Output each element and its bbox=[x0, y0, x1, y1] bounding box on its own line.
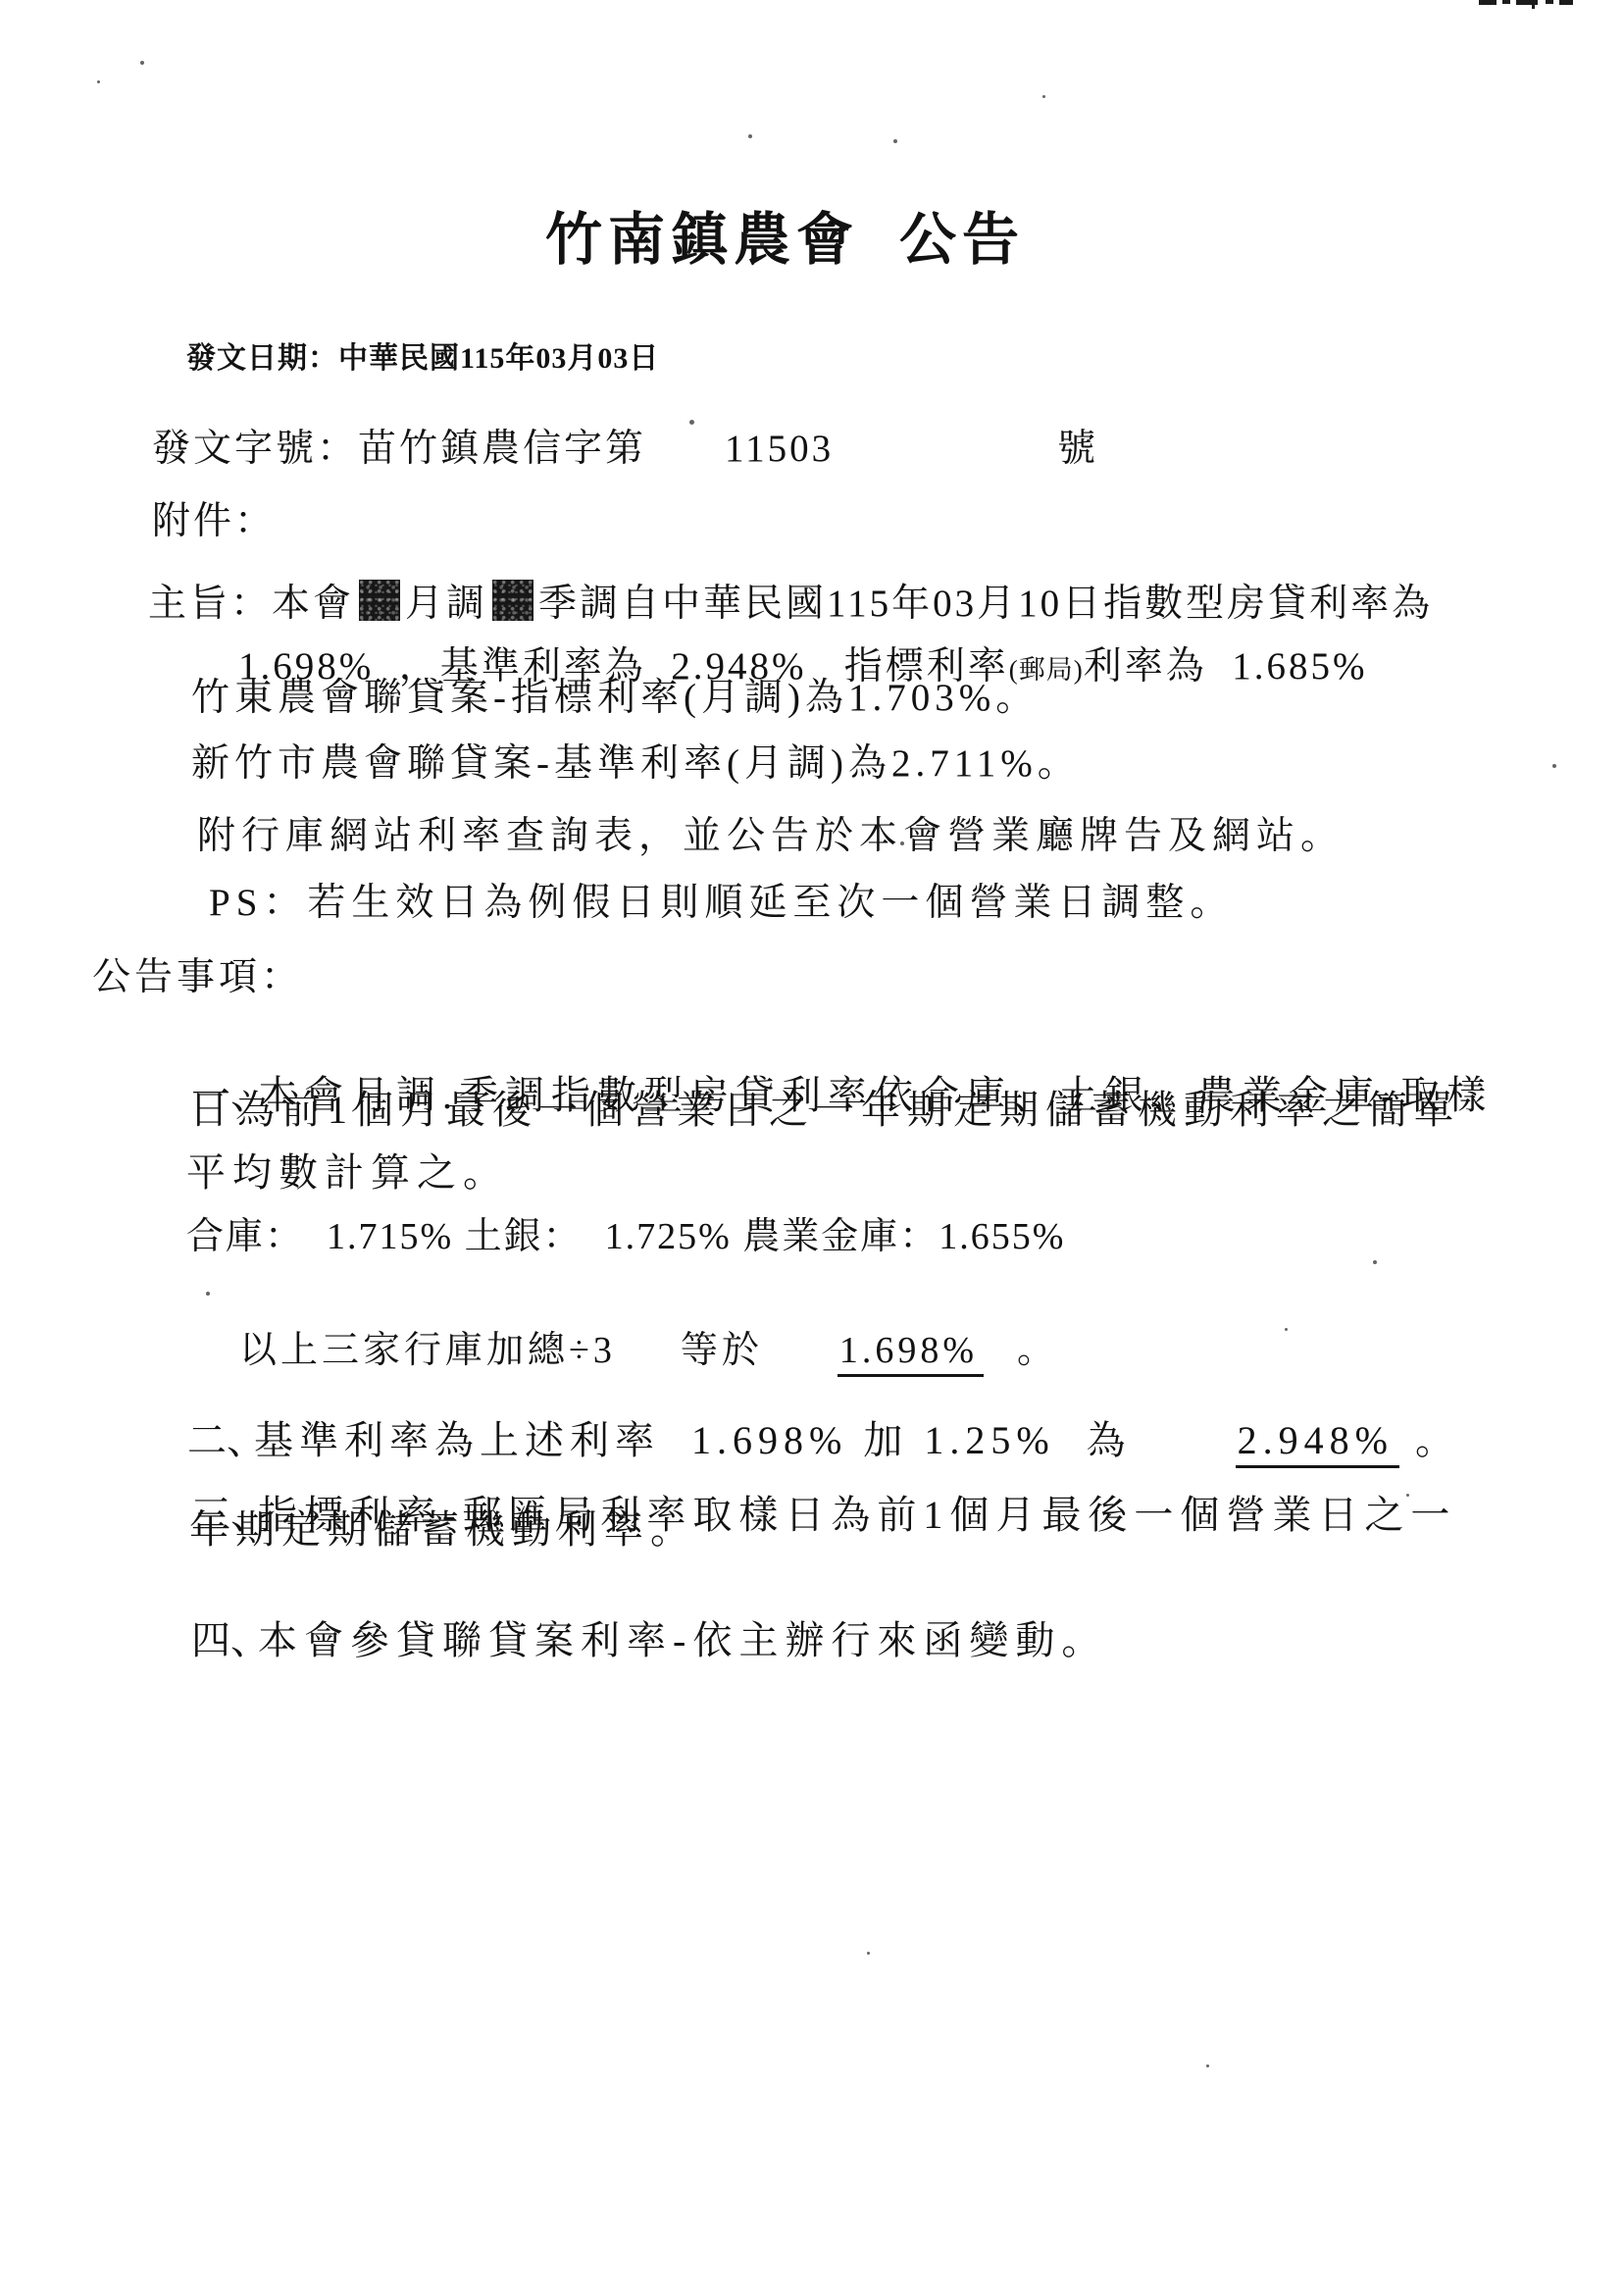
scan-noise-dot bbox=[1206, 2064, 1209, 2067]
subject-line-3: 竹東農會聯貸案-指標利率(月調)為1.703%。 bbox=[191, 678, 1039, 719]
scan-noise-dot bbox=[893, 139, 897, 143]
scan-noise-dot bbox=[140, 61, 144, 65]
issue-date-value: 中華民國115年03月03日 bbox=[338, 342, 659, 375]
scan-noise-dot bbox=[867, 1952, 870, 1955]
item-1-line-3: 平均數計算之。 bbox=[186, 1151, 509, 1194]
notice-header: 公告事項： bbox=[92, 957, 303, 998]
item-3-line-2: 年期定期儲蓄機動利率。 bbox=[189, 1508, 696, 1551]
scan-artifact-dash bbox=[1546, 0, 1553, 4]
ref-number-suffix: 號 bbox=[1057, 428, 1098, 470]
page-title: 竹南鎮農會 公告 bbox=[545, 210, 1025, 272]
scan-noise-dot bbox=[1373, 1260, 1377, 1264]
subject-line-5: 附行庫網站利率查詢表，並公告於本會營業廳牌告及網站。 bbox=[197, 816, 1345, 857]
subject-ps-line: PS：若生效日為例假日則順延至次一個營業日調整。 bbox=[209, 883, 1234, 924]
scanned-announcement-page: 竹南鎮農會 公告 發文日期：中華民國115年03月03日 發文字號：苗竹鎮農信字… bbox=[0, 0, 1624, 2293]
item-1-line-2: 日為前1個月最後一個營業日之一年期定期儲蓄機動利率之簡單 bbox=[189, 1089, 1460, 1131]
subject-line-4: 新竹市農會聯貸案-基準利率(月調)為2.711%。 bbox=[191, 743, 1081, 785]
issue-date-label: 發文日期： bbox=[186, 342, 338, 375]
item-4-line: 四、本會參貸聯貸案利率-依主辦行來函變動。 bbox=[125, 1577, 1107, 1705]
scan-artifact-dash bbox=[1559, 0, 1573, 5]
scan-noise-dot bbox=[748, 134, 752, 138]
sum-period: 。 bbox=[1017, 1330, 1058, 1371]
sum-value-underlined: 1.698% bbox=[837, 1330, 984, 1377]
item-4-text: 本會參貸聯貸案利率-依主辦行來函變動。 bbox=[258, 1618, 1107, 1662]
sum-prefix: 以上三家行庫加總÷3 bbox=[239, 1330, 616, 1371]
scan-noise-dot bbox=[1285, 1328, 1288, 1331]
scan-artifact-dash bbox=[1532, 0, 1535, 9]
scan-artifact-dash bbox=[1479, 0, 1497, 5]
bank-rates-line: 合庫： 1.715% 土銀： 1.725% 農業金庫：1.655% bbox=[186, 1217, 1065, 1257]
scan-noise-dot bbox=[1042, 95, 1045, 98]
ref-number-value: 11503 bbox=[725, 428, 834, 470]
scan-artifact-dash bbox=[1502, 0, 1510, 4]
scan-noise-dot bbox=[97, 80, 100, 83]
attachment-label: 附件： bbox=[152, 500, 276, 542]
scan-noise-dot bbox=[1552, 764, 1556, 768]
subject-rates-text-b: 利率為 1.685% bbox=[1084, 645, 1368, 688]
item-4-number: 四、 bbox=[191, 1619, 258, 1661]
sum-equals: 等於 bbox=[681, 1330, 763, 1371]
